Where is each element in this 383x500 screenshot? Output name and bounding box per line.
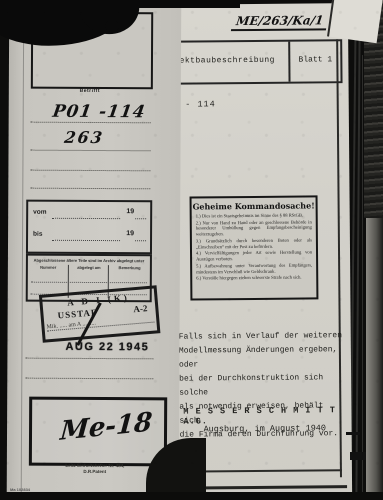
scan-shadow-blob (105, 20, 119, 32)
scan-bottom-edge (0, 492, 383, 500)
stamp-a2-label: A-2 (133, 303, 148, 314)
torn-page-corner (327, 0, 383, 43)
handwritten-sub-number: 263 (63, 128, 105, 147)
handwritten-file-number: P01 -114 (51, 102, 147, 122)
vom-row: vom 19 (28, 202, 150, 225)
vom-year-prefix: 19 (126, 208, 134, 215)
edge-ink-mark (346, 432, 360, 435)
handwritten-file-reference: ME/263/Ka/1 (231, 13, 328, 31)
file-folder-cover: Betrifft P01 -114 263 vom 19 bis 19 Abge… (7, 0, 182, 494)
vom-dotted-line (52, 218, 120, 219)
place-and-date: Augsburg, im August 1940 (204, 423, 327, 434)
secret-notice-box: Geheime Kommandosache! 1.) Dies ist ein … (190, 195, 319, 300)
archive-col-3: Bemerkung (109, 265, 150, 270)
bis-row: bis 19 (28, 224, 150, 247)
edge-ink-mark (350, 452, 366, 460)
bis-label: bis (33, 231, 42, 238)
secret-item: 5.) Aufbewahrung unter Verantwortung des… (196, 262, 312, 274)
betrifft-caption: Betrifft (31, 88, 149, 95)
vom-label: vom (33, 209, 46, 216)
folder-fold-line (21, 0, 25, 494)
intelligence-stamp: A D I (K) USSTAF A-2 Mik. ..... am A ...… (39, 285, 161, 343)
bis-year-prefix: 19 (126, 230, 134, 237)
designation-box: Me-18 (29, 397, 167, 467)
date-range-box: vom 19 bis 19 (26, 200, 152, 255)
secret-item: 4.) Vervielfältigungen jeder Art sowie H… (196, 250, 312, 262)
page-edge-line (362, 55, 363, 500)
secret-item: 2.) Nur von Hand zu Hand oder an geschlo… (196, 219, 312, 237)
folder-brand-imprint: Leitz-Einheitshefter Nr. 484, D.R.Patent (29, 463, 161, 475)
bis-dotted-line (52, 240, 120, 241)
archive-row-line (31, 282, 147, 284)
page-edge-line (355, 30, 360, 500)
ruled-dotted-line (25, 358, 153, 360)
archive-table-header: Nummer abgelegt am Bemerkung (28, 265, 150, 271)
secret-notice-heading: Geheime Kommandosache! (192, 200, 316, 211)
secret-notice-items: 1.) Dies ist ein Staatsgeheimnis im Sinn… (196, 212, 313, 282)
bis-year-dots (135, 240, 146, 241)
secret-item: 1.) Dies ist ein Staatsgeheimnis im Sinn… (196, 212, 312, 219)
sheet-number: Blatt 1 (290, 55, 340, 64)
ruled-dotted-line (31, 150, 151, 152)
ruled-dotted-line (30, 188, 150, 190)
scan-top-edge (0, 0, 240, 8)
archive-col-1: Nummer (28, 265, 69, 270)
brand-line-2: D.R.Patent (29, 469, 161, 476)
ruled-dotted-line (31, 122, 151, 124)
archive-col-2: abgelegt am (69, 265, 110, 270)
ruled-dotted-line (25, 378, 153, 380)
secret-item: 6.) Verstöße hiergegen ziehen schwerste … (196, 275, 312, 282)
secret-item: 3.) Grundsätzlich durch besonderen Boten… (196, 237, 312, 249)
ruled-dotted-line (30, 170, 150, 172)
vom-year-dots (135, 218, 146, 219)
book-binding-lower (366, 218, 383, 500)
handwritten-designation: Me-18 (59, 407, 153, 447)
archive-table-caption: Abgeschlossene ältere Teile sind im Arch… (28, 258, 150, 264)
